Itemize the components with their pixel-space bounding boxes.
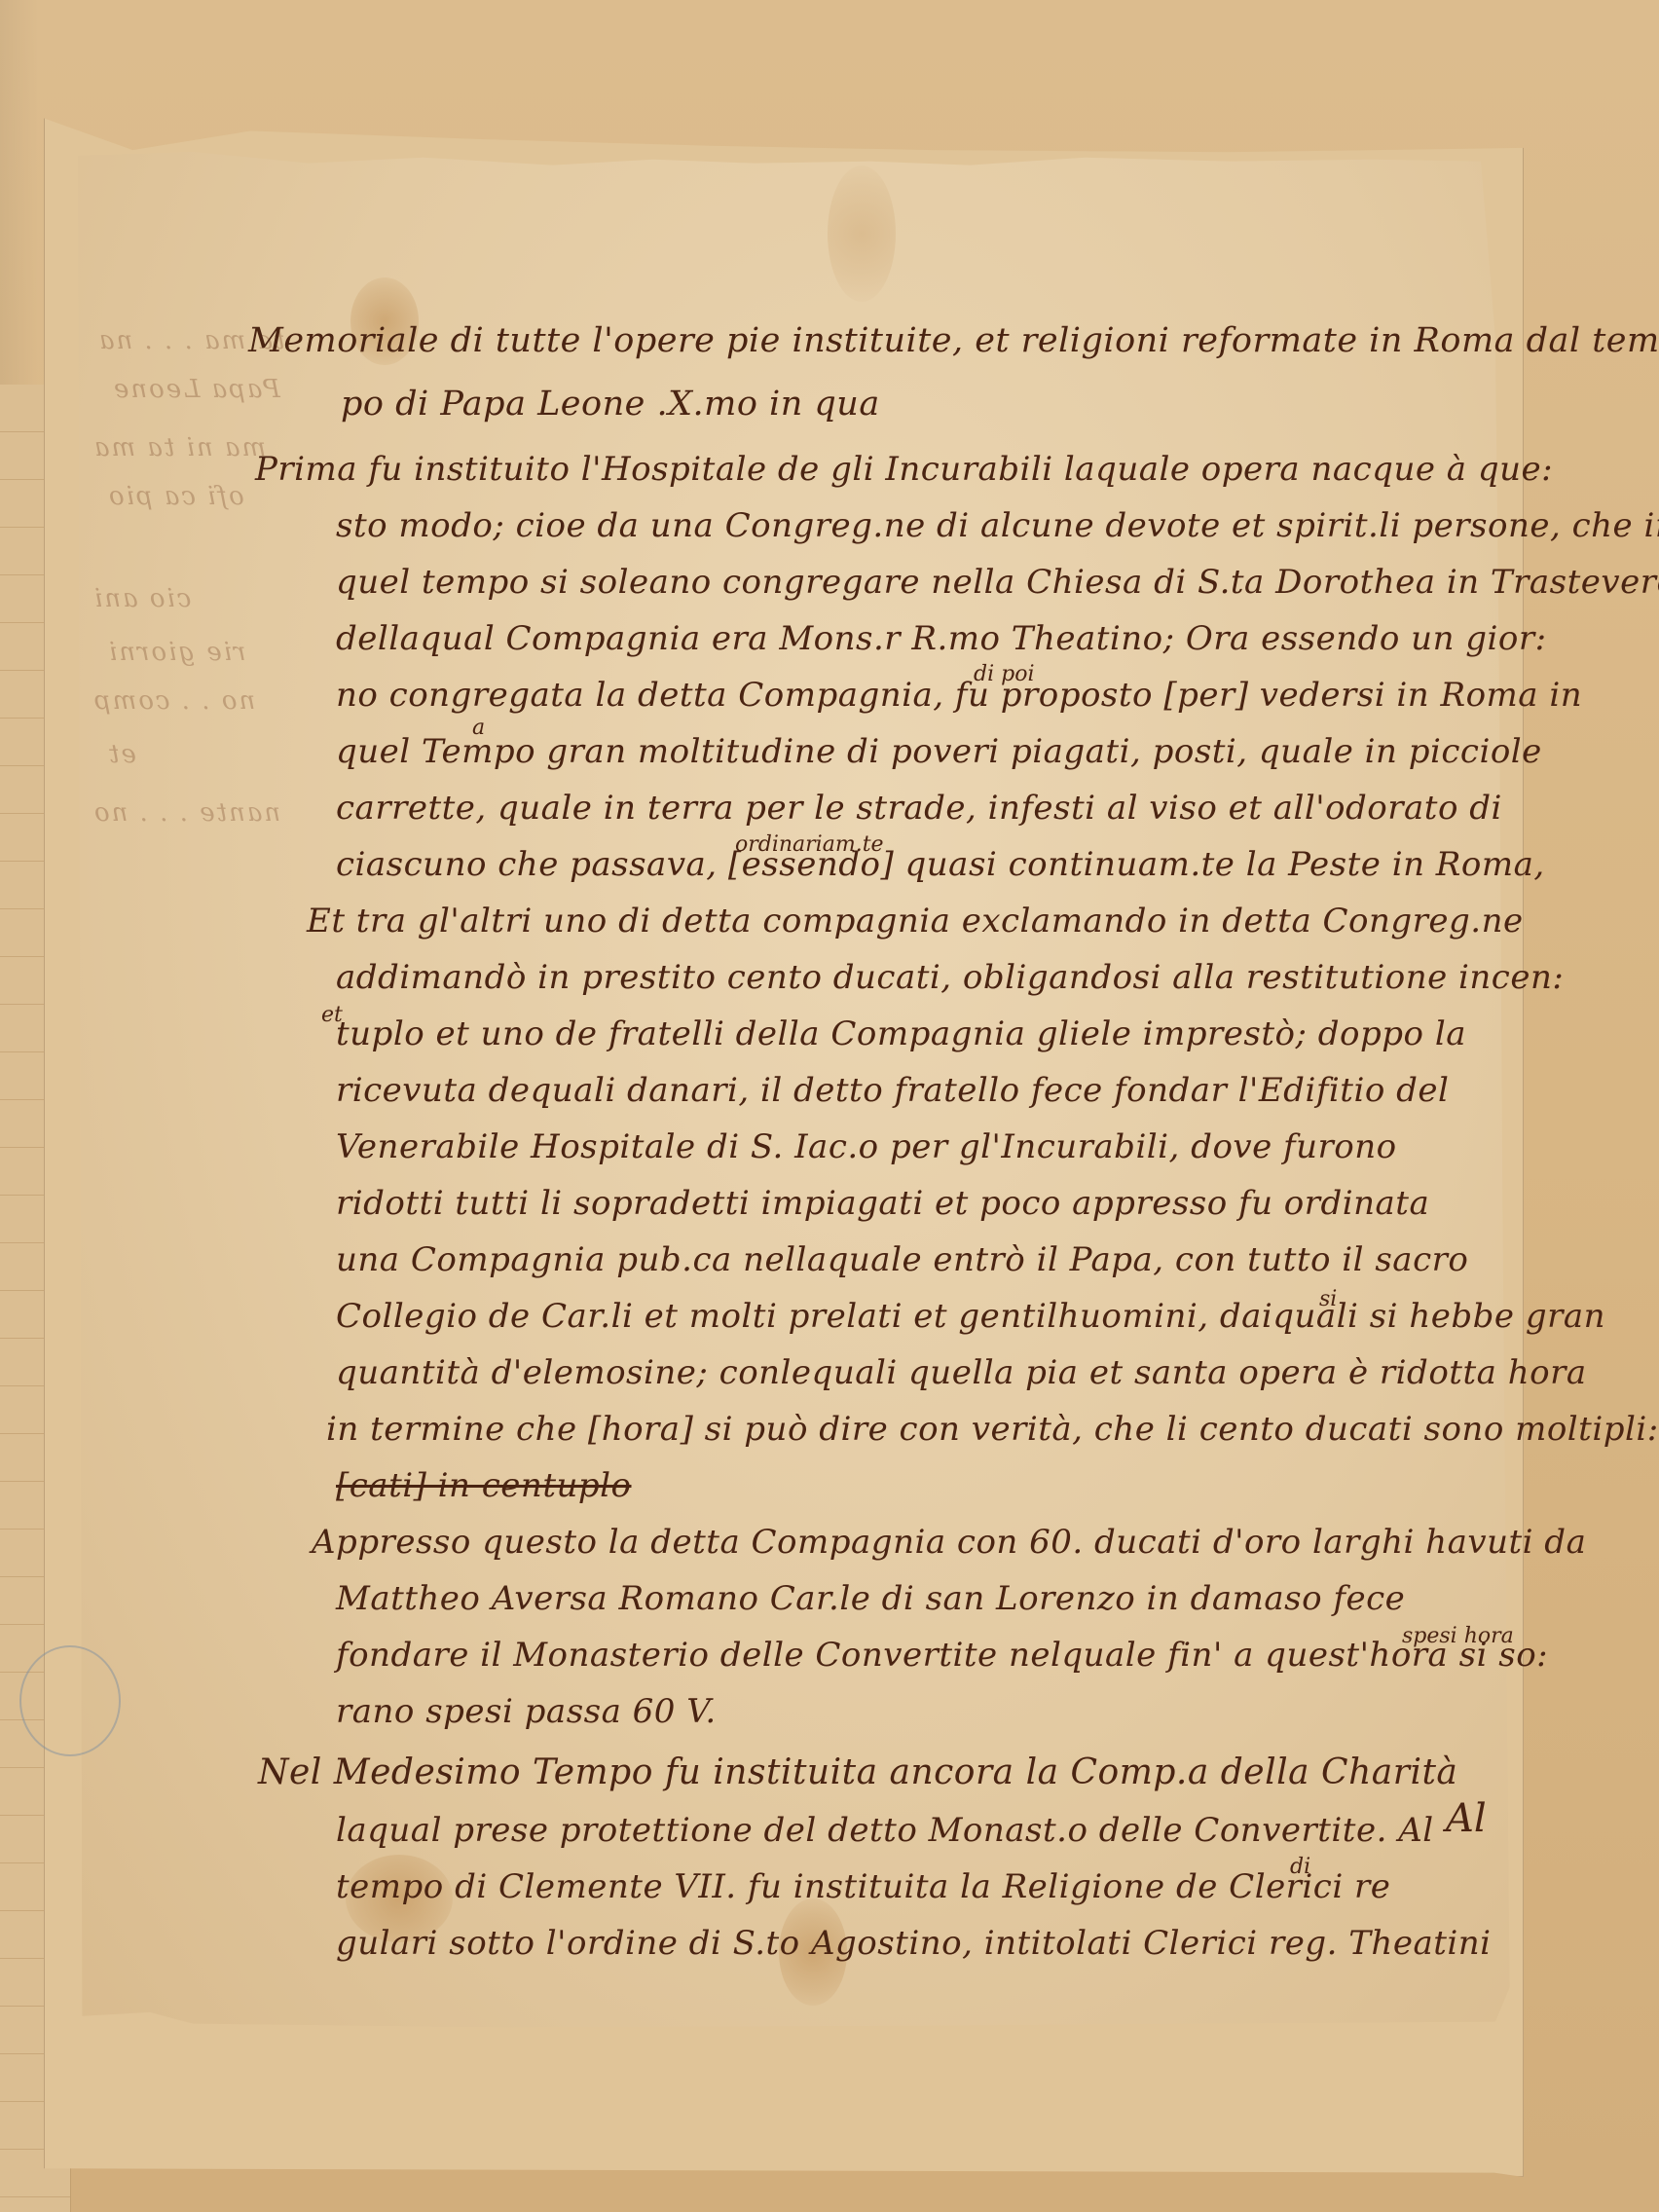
- interlinear-addition: et: [321, 1003, 343, 1027]
- interlinear-addition: a: [472, 716, 485, 740]
- interlinear-addition: di: [1290, 1855, 1310, 1879]
- manuscript-line: Appresso questo la detta Compagnia con 6…: [312, 1523, 1586, 1562]
- manuscript-line: rano spesi passa 60 V.: [336, 1692, 717, 1731]
- bleed-through-text: nante . . . no: [92, 798, 280, 828]
- water-stain: [828, 166, 896, 302]
- manuscript-line: addimandò in prestito cento ducati, obli…: [336, 958, 1564, 997]
- manuscript-line: una Compagnia pub.ca nellaquale entrò il…: [336, 1240, 1468, 1279]
- interlinear-addition: spesi hora: [1402, 1624, 1514, 1648]
- manuscript-line: Collegio de Car.li et molti prelati et g…: [336, 1297, 1605, 1336]
- interlinear-addition: ordinariam.te: [735, 832, 884, 857]
- bleed-through-text: rie giorni: [107, 638, 246, 667]
- manuscript-line: Nel Medesimo Tempo fu instituita ancora …: [258, 1752, 1457, 1792]
- margin-mark: Al: [1446, 1796, 1487, 1841]
- bleed-through-text: ma ni ta ma: [92, 433, 266, 462]
- interlinear-addition: si: [1319, 1287, 1337, 1311]
- manuscript-line: in termine che [hora] si può dire con ve…: [326, 1410, 1659, 1449]
- library-stamp: [19, 1645, 121, 1756]
- manuscript-line: Prima fu instituito l'Hospitale de gli I…: [255, 450, 1553, 489]
- manuscript-line: gulari sotto l'ordine di S.to Agostino, …: [336, 1924, 1492, 1963]
- bleed-through-text: et: [107, 740, 136, 769]
- manuscript-line: tempo di Clemente VII. fu instituita la …: [336, 1867, 1390, 1906]
- manuscript-line: [cati] in centuplo: [336, 1466, 632, 1505]
- manuscript-line: dellaqual Compagnia era Mons.r R.mo Thea…: [336, 619, 1547, 658]
- bleed-through-text: ofi ca pio: [107, 482, 244, 511]
- manuscript-title-line: Memoriale di tutte l'opere pie instituit…: [248, 321, 1659, 360]
- manuscript-line: Et tra gl'altri uno di detta compagnia e…: [307, 902, 1524, 940]
- manuscript-line: ridotti tutti li sopradetti impiagati et…: [336, 1184, 1429, 1223]
- manuscript-line: quel tempo si soleano congregare nella C…: [336, 563, 1659, 602]
- manuscript-line: fondare il Monasterio delle Convertite n…: [336, 1636, 1548, 1675]
- interlinear-addition: di poi: [974, 662, 1034, 686]
- manuscript-line: ricevuta dequali danari, il detto fratel…: [336, 1071, 1449, 1110]
- manuscript-line: tuplo et uno de fratelli della Compagnia…: [336, 1014, 1466, 1053]
- manuscript-line: Venerabile Hospitale di S. Iac.o per gl'…: [336, 1127, 1397, 1166]
- manuscript-line: carrette, quale in terra per le strade, …: [336, 789, 1502, 828]
- manuscript-title-line: po di Papa Leone .X.mo in qua: [341, 385, 880, 424]
- manuscript-line: ciascuno che passava, [essendo] quasi co…: [336, 845, 1545, 884]
- bleed-through-text: cio ani: [92, 584, 191, 613]
- manuscript-line: sto modo; cioe da una Congreg.ne di alcu…: [336, 506, 1659, 545]
- manuscript-line: laqual prese protettione del detto Monas…: [336, 1811, 1434, 1850]
- manuscript-line: quantità d'elemosine; conlequali quella …: [336, 1353, 1587, 1392]
- manuscript-line: no congregata la detta Compagnia, fu pro…: [336, 676, 1582, 715]
- bleed-through-text: no . . comp: [92, 686, 255, 716]
- manuscript-line: quel Tempo gran moltitudine di poveri pi…: [336, 732, 1542, 771]
- manuscript-line: Mattheo Aversa Romano Car.le di san Lore…: [336, 1579, 1405, 1618]
- bleed-through-text: Papa Leone: [112, 375, 280, 404]
